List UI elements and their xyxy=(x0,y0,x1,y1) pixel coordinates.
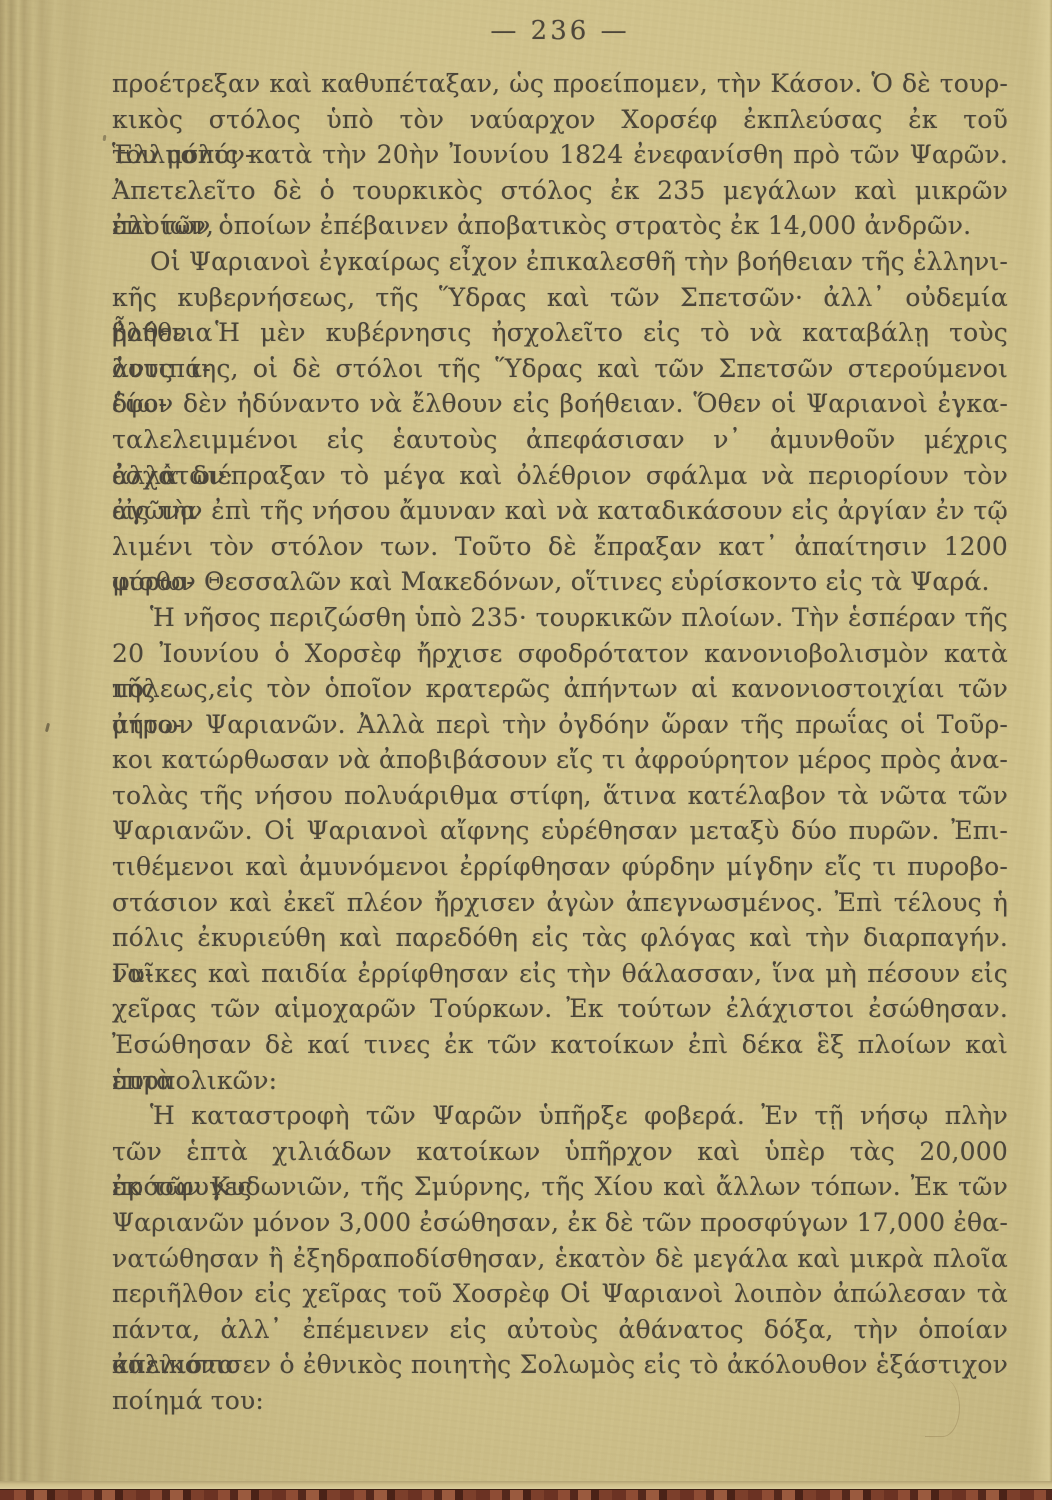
paragraph: Οἱ Ψαριανοὶ ἐγκαίρως εἶχον ἐπικαλεσθῆ τὴ… xyxy=(112,244,1008,600)
text-line: τῶν ἑπτὰ χιλιάδων κατοίκων ὑπῆρχον καὶ ὑ… xyxy=(112,1134,1008,1170)
text-line: 20 Ἰουνίου ὁ Χορσὲφ ἤρχισε σφοδρότατον κ… xyxy=(112,636,1008,672)
text-line: προέτρεξαν καὶ καθυπέταξαν, ὡς προείπομε… xyxy=(112,66,1008,102)
text-line: τιθέμενοι καὶ ἀμυνόμενοι ἐρρίφθησαν φύρδ… xyxy=(112,849,1008,885)
text-line: ἐκ τῶν Κυδωνιῶν, τῆς Σμύρνης, τῆς Χίου κ… xyxy=(112,1169,1008,1205)
ink-speck xyxy=(103,135,107,141)
text-line: Ἀπετελεῖτο δὲ ὁ τουρκικὸς στόλος ἐκ 235 … xyxy=(112,173,1008,209)
page-text: προέτρεξαν καὶ καθυπέταξαν, ὡς προείπομε… xyxy=(112,66,1008,1419)
text-line: φόρων Θεσσαλῶν καὶ Μακεδόνων, οἵτινες εὑ… xyxy=(112,564,1008,600)
text-line: Ψαριανῶν μόνον 3,000 ἐσώθησαν, ἐκ δὲ τῶν… xyxy=(112,1205,1008,1241)
text-line: μήτων Ψαριανῶν. Ἀλλὰ περὶ τὴν ὀγδόην ὥρα… xyxy=(112,707,1008,743)
text-line: Ἡ νῆσος περιζώσθη ὑπὸ 235· τουρκικῶν πλο… xyxy=(112,600,1008,636)
text-line: Ψαριανῶν. Οἱ Ψαριανοὶ αἴφνης εὑρέθησαν μ… xyxy=(112,813,1008,849)
book-page-scan: — 236 — προέτρεξαν καὶ καθυπέταξαν, ὡς π… xyxy=(0,0,1052,1500)
text-line: ταλελειμμένοι εἰς ἑαυτοὺς ἀπεφάσισαν ν᾽ … xyxy=(112,422,1008,458)
paragraph: Ἡ νῆσος περιζώσθη ὑπὸ 235· τουρκικῶν πλο… xyxy=(112,600,1008,1098)
text-line: τολὰς τῆς νήσου πολυάριθμα στίφη, ἅτινα … xyxy=(112,778,1008,814)
book-edge-marbling xyxy=(0,1489,1052,1500)
text-line: ἐπὶ τῶν ὁποίων ἐπέβαινεν ἀποβατικὸς στρα… xyxy=(112,208,1008,244)
text-line: ἦλθεν. Ἡ μὲν κυβέρνησις ἠσχολεῖτο εἰς τὸ… xyxy=(112,315,1008,351)
paragraph: προέτρεξαν καὶ καθυπέταξαν, ὡς προείπομε… xyxy=(112,66,1008,244)
text-line: ἀπεικόνισεν ὁ ἐθνικὸς ποιητὴς Σολωμὸς εἰ… xyxy=(112,1347,1008,1383)
page-number: — 236 — xyxy=(112,16,1008,46)
text-line: πόλεως,εἰς τὸν ὁποῖον κρατερῶς ἀπήντων α… xyxy=(112,671,1008,707)
text-line: κῆς κυβερνήσεως, τῆς Ὕδρας καὶ τῶν Σπετσ… xyxy=(112,280,1008,316)
text-line: χεῖρας τῶν αἱμοχαρῶν Τούρκων. Ἐκ τούτων … xyxy=(112,991,1008,1027)
text-line: στάσιον καὶ ἐκεῖ πλέον ἤρχισεν ἀγὼν ἀπεγ… xyxy=(112,885,1008,921)
ink-speck xyxy=(45,723,50,732)
text-line: εἰς τὴν ἐπὶ τῆς νήσου ἄμυναν καὶ νὰ κατα… xyxy=(112,493,1008,529)
text-line: λους της, οἱ δὲ στόλοι τῆς Ὕδρας καὶ τῶν… xyxy=(112,351,1008,387)
text-line: πόλις ἐκυριεύθη καὶ παρεδόθη εἰς τὰς φλό… xyxy=(112,920,1008,956)
text-line: λιμένι τὸν στόλον των. Τοῦτο δὲ ἔπραξαν … xyxy=(112,529,1008,565)
text-line: ναῖκες καὶ παιδία ἐρρίφθησαν εἰς τὴν θάλ… xyxy=(112,956,1008,992)
text-line: Ἐσώθησαν δὲ καί τινες ἐκ τῶν κατοίκων ἐπ… xyxy=(112,1027,1008,1063)
text-line: Ἡ καταστροφὴ τῶν Ψαρῶν ὑπῆρξε φοβερά. Ἐν… xyxy=(112,1098,1008,1134)
text-line: κικὸς στόλος ὑπὸ τὸν ναύαρχον Χορσέφ ἐκπ… xyxy=(112,102,1008,138)
text-line: ἀλλὰ διέπραξαν τὸ μέγα καὶ ὀλέθριον σφάλ… xyxy=(112,458,1008,494)
text-line: πάντα, ἀλλ᾽ ἐπέμεινεν εἰς αὐτοὺς ἀθάνατο… xyxy=(112,1312,1008,1348)
text-line: Οἱ Ψαριανοὶ ἐγκαίρως εἶχον ἐπικαλεσθῆ τὴ… xyxy=(112,244,1008,280)
text-line: του μόλις κατὰ τὴν 20ὴν Ἰουνίου 1824 ἐνε… xyxy=(112,137,1008,173)
press-mark xyxy=(925,1378,960,1437)
text-line: νατώθησαν ἢ ἐξηδραποδίσθησαν, ἑκατὸν δὲ … xyxy=(112,1241,1008,1277)
text-line: ποίημά του: xyxy=(112,1383,1008,1419)
paragraph: Ἡ καταστροφὴ τῶν Ψαρῶν ὑπῆρξε φοβερά. Ἐν… xyxy=(112,1098,1008,1418)
text-line: πυρπολικῶν: xyxy=(112,1063,1008,1099)
text-line: κοι κατώρθωσαν νὰ ἀποβιβάσουν εἴς τι ἀφρ… xyxy=(112,742,1008,778)
text-line: δίων δὲν ἠδύναντο νὰ ἔλθουν εἰς βοήθειαν… xyxy=(112,386,1008,422)
text-line: περιῆλθον εἰς χεῖρας τοῦ Χοσρὲφ Οἱ Ψαρια… xyxy=(112,1276,1008,1312)
